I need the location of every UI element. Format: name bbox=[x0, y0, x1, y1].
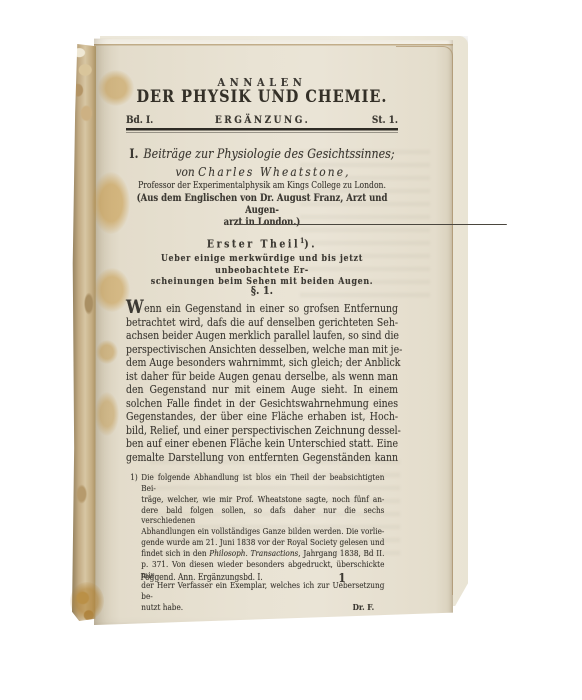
article-numeral: I. bbox=[129, 147, 138, 162]
journal-reference-italic: Philosoph. Transactions bbox=[209, 549, 298, 559]
footnote-line: Abhandlungen ein vollständiges Ganze bil… bbox=[141, 527, 384, 538]
translation-note-line2: arzt in London.) bbox=[126, 217, 398, 229]
body-line: perspectivischen Ansichten desselben, we… bbox=[126, 343, 398, 357]
body-line: ist daher für beide Augen genau derselbe… bbox=[126, 370, 398, 384]
part-heading-text: Erster Theil bbox=[207, 238, 300, 251]
issue-label: St. 1. bbox=[372, 114, 398, 126]
body-line: gemalte Darstellung von entfernten Gegen… bbox=[126, 451, 398, 465]
body-line: den Gegenstand nur mit einem Auge sieht.… bbox=[126, 383, 398, 397]
footnote-line: 1)Die folgende Abhandlung ist blos ein T… bbox=[141, 473, 384, 495]
section-mark: §. 1. bbox=[126, 283, 398, 297]
footnote-line-text: , Jahrgang 1838, Bd II. bbox=[298, 549, 384, 559]
drop-cap-initial: W bbox=[126, 297, 144, 318]
byline-suffix: , bbox=[345, 164, 348, 179]
body-line: Gegenstandes, der über eine Fläche erhab… bbox=[126, 410, 398, 424]
issue-row: Bd. I. ERGÄNZUNG. St. 1. bbox=[126, 114, 398, 126]
translation-note-line1: (Aus dem Englischen von Dr. August Franz… bbox=[126, 193, 398, 217]
journal-title-line2: DER PHYSIK UND CHEMIE. bbox=[126, 87, 398, 107]
photo-of-antique-book: ANNALEN DER PHYSIK UND CHEMIE. Bd. I. ER… bbox=[0, 0, 582, 700]
body-line: bild, Relief, und einer perspectivischen… bbox=[126, 424, 398, 438]
footnote-line-text: nutzt habe. bbox=[141, 603, 183, 614]
body-line: ben auf einer ebenen Fläche kein Untersc… bbox=[126, 437, 398, 451]
footnote-marker: 1) bbox=[130, 473, 138, 484]
chapter-subtitle-line1: Ueber einige merkwürdige und bis jetzt u… bbox=[126, 253, 398, 276]
footnote-line: der Herr Verfasser ein Exemplar, welches… bbox=[141, 581, 384, 603]
translator-signature: Dr. F. bbox=[353, 603, 385, 614]
part-heading-suffix: ). bbox=[304, 238, 317, 251]
body-line: Wenn ein Gegenstand in einer so grofsen … bbox=[126, 302, 398, 316]
volume-label: Bd. I. bbox=[126, 114, 153, 126]
footnote-line: findet sich in den Philosoph. Transactio… bbox=[141, 549, 384, 560]
footnote-block: 1)Die folgende Abhandlung ist blos ein T… bbox=[141, 473, 384, 614]
byline-prefix: von bbox=[175, 164, 198, 179]
part-heading: Erster Theil1). bbox=[126, 236, 398, 251]
author-byline: von Charles Wheatstone, bbox=[126, 164, 398, 179]
section-divider-line bbox=[235, 224, 507, 225]
body-line: solchen Falle findet in der Gesichtswahr… bbox=[126, 397, 398, 411]
footnote-line: träge, welcher, wie mir Prof. Wheatstone… bbox=[141, 495, 384, 506]
page-number: 1 bbox=[339, 571, 346, 585]
article-title-text: Beiträge zur Physiologie des Gesichtssin… bbox=[144, 147, 395, 162]
body-line-text: enn ein Gegenstand in einer so grofsen E… bbox=[144, 302, 398, 315]
footnote-line-text: Die folgende Abhandlung ist blos ein The… bbox=[141, 473, 384, 494]
body-line: achsen beider Augen merklich parallel la… bbox=[126, 329, 398, 343]
header-rule bbox=[126, 128, 398, 133]
body-paragraph: Wenn ein Gegenstand in einer so grofsen … bbox=[126, 302, 398, 465]
author-affiliation: Professor der Experimentalphysik am King… bbox=[126, 181, 398, 191]
book-spine bbox=[72, 44, 96, 621]
body-line: dem Auge besonders wahrnimmt, sich gleic… bbox=[126, 356, 398, 370]
page-content: ANNALEN DER PHYSIK UND CHEMIE. Bd. I. ER… bbox=[126, 0, 398, 700]
imprint-signature-mark: Poggend. Ann. Ergänzungsbd. I. bbox=[140, 573, 262, 583]
footnote-line: gende wurde am 21. Juni 1838 vor der Roy… bbox=[141, 538, 384, 549]
article-title: I.Beiträge zur Physiologie des Gesichtss… bbox=[126, 146, 398, 163]
body-line: betrachtet wird, dafs die auf denselben … bbox=[126, 316, 398, 330]
footnote-line: nutzt habe.Dr. F. bbox=[141, 603, 384, 614]
section-label: ERGÄNZUNG. bbox=[215, 114, 310, 126]
author-name: Charles Wheatstone bbox=[198, 164, 345, 179]
footnote-line: dere bald folgen sollen, so dafs daher n… bbox=[141, 506, 384, 528]
footnote-line-text: findet sich in den bbox=[141, 549, 209, 559]
